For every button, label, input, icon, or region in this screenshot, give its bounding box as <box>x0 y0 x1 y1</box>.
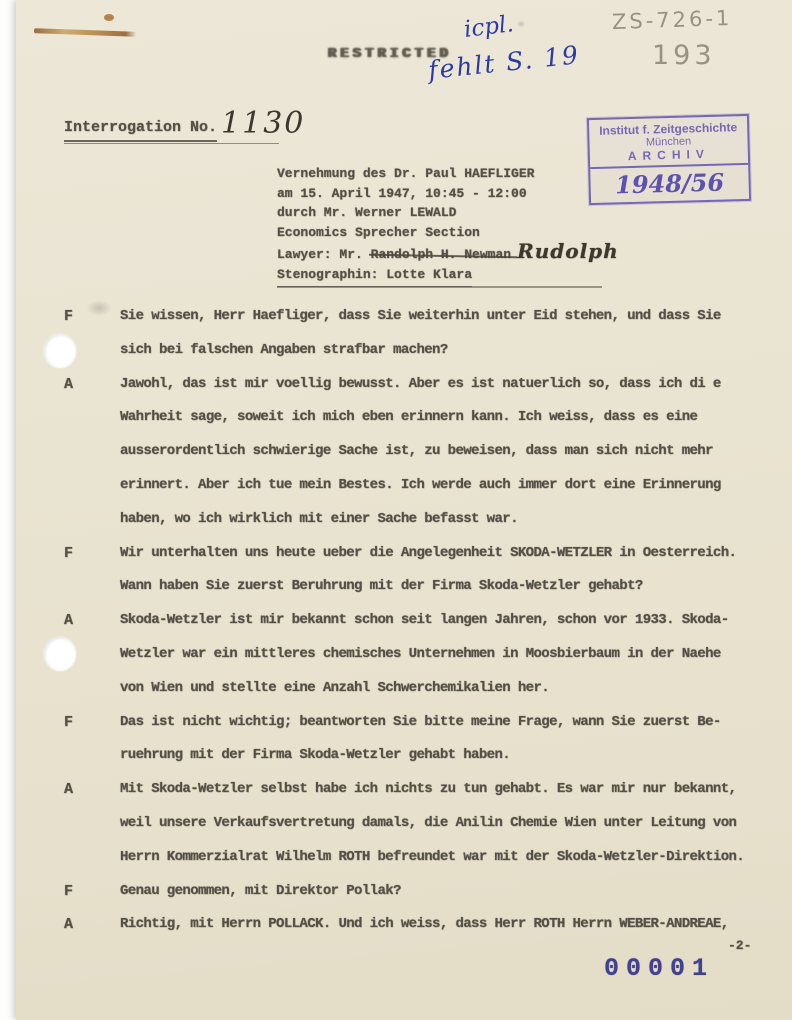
transcript-line: Richtig, mit Herrn POLLACK. Und ich weis… <box>120 908 764 942</box>
staple-mark <box>34 28 136 37</box>
archive-stamp-header: Institut f. Zeitgeschichte München ARCHI… <box>589 116 748 169</box>
transcript-line: Genau genommen, mit Direktor Pollak? <box>120 875 764 909</box>
transcript: FSie wissen, Herr Haefliger, dass Sie we… <box>64 300 764 942</box>
qa-text: Wir unterhalten uns heute ueber die Ange… <box>120 537 764 605</box>
session-header: Vernehmung des Dr. Paul HAEFLIGER am 15.… <box>277 164 619 287</box>
transcript-line: Herrn Kommerzialrat Wilhelm ROTH befreun… <box>120 841 764 875</box>
qa-block: AJawohl, das ist mir voellig bewusst. Ab… <box>64 368 764 537</box>
qa-block: ARichtig, mit Herrn POLLACK. Und ich wei… <box>64 908 764 942</box>
qa-block: ASkoda-Wetzler ist mir bekannt schon sei… <box>64 604 764 705</box>
pencil-reference-number: ZS-726-1 <box>612 6 733 34</box>
lawyer-name-handwritten: Rudolph <box>517 239 619 263</box>
qa-text: Skoda-Wetzler ist mir bekannt schon seit… <box>120 604 764 705</box>
handwritten-note-icpl: icpl. <box>463 11 515 43</box>
qa-block: FSie wissen, Herr Haefliger, dass Sie we… <box>64 300 764 368</box>
speaker-marker: A <box>64 368 120 402</box>
transcript-line: Mit Skoda-Wetzler selbst habe ich nichts… <box>120 773 764 807</box>
speaker-marker: F <box>64 537 120 571</box>
transcript-line: Das ist nicht wichtig; beantworten Sie b… <box>120 706 764 740</box>
transcript-line: Sie wissen, Herr Haefliger, dass Sie wei… <box>120 300 764 334</box>
lawyer-label: Lawyer: Mr. <box>277 247 363 262</box>
session-header-line: durch Mr. Werner LEWALD <box>277 203 619 223</box>
transcript-line: sich bei falschen Angaben strafbar mache… <box>120 334 764 368</box>
qa-block: FDas ist nicht wichtig; beantworten Sie … <box>64 706 764 774</box>
lawyer-name-struck: Randolph H. Newman <box>371 247 511 262</box>
speaker-marker: F <box>64 706 120 740</box>
qa-text: Richtig, mit Herrn POLLACK. Und ich weis… <box>120 908 764 942</box>
interrogation-title-label: Interrogation No. <box>64 119 217 142</box>
interrogation-number-handwritten: 1130 <box>221 106 305 141</box>
stenographer-label: Stenographin: Lotte Klara <box>277 265 472 288</box>
typed-page-number: -2- <box>728 938 751 953</box>
transcript-line: Jawohl, das ist mir voellig bewusst. Abe… <box>120 368 764 402</box>
qa-block: AMit Skoda-Wetzler selbst habe ich nicht… <box>64 773 764 874</box>
session-header-line: Vernehmung des Dr. Paul HAEFLIGER <box>277 164 619 184</box>
qa-text: Sie wissen, Herr Haefliger, dass Sie wei… <box>120 300 764 368</box>
transcript-line: haben, wo ich wirklich mit einer Sache b… <box>120 503 764 537</box>
qa-block: FGenau genommen, mit Direktor Pollak? <box>64 875 764 909</box>
transcript-line: Wahrheit sage, soweit ich mich eben erin… <box>120 401 764 435</box>
transcript-line: weil unsere Verkaufsvertretung damals, d… <box>120 807 764 841</box>
qa-block: FWir unterhalten uns heute ueber die Ang… <box>64 537 764 605</box>
archive-stamp-archiv: ARCHIV <box>592 146 746 164</box>
transcript-line: Wetzler war ein mittleres chemisches Unt… <box>120 638 764 672</box>
speaker-marker: A <box>64 773 120 807</box>
qa-text: Jawohl, das ist mir voellig bewusst. Abe… <box>120 368 764 537</box>
transcript-line: Wir unterhalten uns heute ueber die Ange… <box>120 537 764 571</box>
qa-text: Das ist nicht wichtig; beantworten Sie b… <box>120 706 764 774</box>
qa-text: Mit Skoda-Wetzler selbst habe ich nichts… <box>120 773 764 874</box>
speaker-marker: F <box>64 300 120 334</box>
page-stamp-number: 00001 <box>604 954 714 983</box>
transcript-line: ausserordentlich schwierige Sache ist, z… <box>120 435 764 469</box>
rust-dot <box>104 14 114 21</box>
pencil-page-number: 193 <box>652 40 716 71</box>
transcript-line: Skoda-Wetzler ist mir bekannt schon seit… <box>120 604 764 638</box>
smudge-mark <box>516 20 526 28</box>
speaker-marker: A <box>64 908 120 942</box>
transcript-line: erinnert. Aber ich tue mein Bestes. Ich … <box>120 469 764 503</box>
speaker-marker: A <box>64 604 120 638</box>
interrogation-title: Interrogation No.1130 <box>64 104 305 142</box>
transcript-line: Wann haben Sie zuerst Beruhrung mit der … <box>120 570 764 604</box>
transcript-line: von Wien und stellte eine Anzahl Schwerc… <box>120 672 764 706</box>
document-page: RESTRICTED icpl. fehlt S. 19 ZS-726-1 19… <box>16 0 792 1020</box>
speaker-marker: F <box>64 875 120 909</box>
session-header-line: am 15. April 1947, 10:45 - 12:00 <box>277 184 619 204</box>
qa-text: Genau genommen, mit Direktor Pollak? <box>120 875 764 909</box>
session-header-stenographer-line: Stenographin: Lotte Klara <box>277 265 619 288</box>
transcript-line: ruehrung mit der Firma Skoda-Wetzler geh… <box>120 739 764 773</box>
session-header-lawyer-line: Lawyer: Mr. Randolph H. NewmanRudolph <box>277 242 619 265</box>
